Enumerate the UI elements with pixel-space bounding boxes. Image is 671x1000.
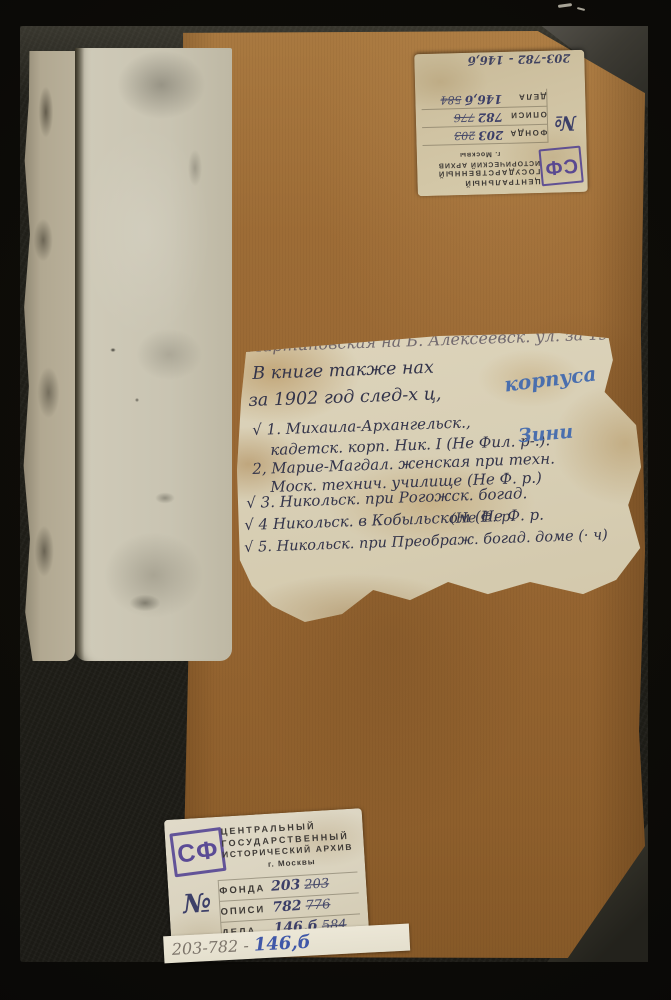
call-number-prefix: 203-782 - (509, 51, 571, 67)
fond-value: 203 (271, 877, 301, 895)
delo-value: 146,б (464, 92, 502, 107)
fond-label: ФОНДА (219, 883, 272, 897)
archive-name: ЦЕНТРАЛЬНЫЙ ГОСУДАРСТВЕННЫЙ ИСТОРИЧЕСКИЙ… (220, 818, 361, 872)
spine-paper-strip (22, 48, 232, 664)
spine-strip-smudges (75, 48, 232, 661)
fond-label: ФОНДА (503, 128, 547, 138)
opis-row: ОПИСИ 782 776 (422, 107, 547, 128)
fond-value: 203 (478, 128, 503, 143)
book-cover: Мартиновская на Б. Алексеевск. ул. за 19… (20, 26, 648, 962)
note-line: В книге также нах (252, 358, 434, 384)
handwritten-call-number: 203-782 - 146,б (467, 50, 570, 72)
fond-row: ФОНДА 203 203 (422, 125, 547, 146)
delo-row: ДЕЛА 146,б 584 (421, 89, 546, 110)
opis-value: 782 (272, 898, 302, 916)
paper-fiber-speck (577, 7, 585, 11)
delo-label: ДЕЛА (502, 92, 546, 102)
delo-crossed-value: 584 (440, 93, 461, 107)
opis-crossed-value: 776 (454, 111, 475, 125)
fond-crossed-value: 203 (304, 876, 330, 892)
number-sign: № (547, 88, 576, 143)
handwritten-note-label: Мартиновская на Б. Алексеевск. ул. за 19… (232, 331, 646, 627)
blue-correction-korpusa: корпуса (503, 361, 598, 396)
opis-label: ОПИСИ (220, 904, 273, 918)
opis-value: 782 (478, 110, 503, 125)
sf-stamp: СФ (169, 827, 226, 877)
paper-fiber-speck (558, 3, 572, 8)
sf-stamp: СФ (538, 146, 583, 187)
archive-label-bottom: СФ ЦЕНТРАЛЬНЫЙ ГОСУДАРСТВЕННЫЙ ИСТОРИЧЕС… (164, 808, 370, 960)
opis-crossed-value: 776 (305, 897, 331, 913)
fond-opis-delo-table: № ФОНДА 203 203 ОПИСИ 782 776 ДЕЛА 146,б (421, 88, 576, 146)
opis-label: ОПИСИ (503, 110, 547, 120)
call-number-suffix: 146,б (467, 53, 504, 68)
book-cover-photo: Мартиновская на Б. Алексеевск. ул. за 19… (0, 0, 671, 1000)
blue-correction-item1: Зини (517, 421, 574, 448)
archive-label-top: СФ ЦЕНТРАЛЬНЫЙ ГОСУДАРСТВЕННЫЙ ИСТОРИЧЕС… (414, 50, 588, 196)
call-number-prefix: 203-782 - (171, 936, 249, 959)
spine-strip-left-band (22, 51, 75, 661)
archive-name: ЦЕНТРАЛЬНЫЙ ГОСУДАРСТВЕННЫЙ ИСТОРИЧЕСКИЙ… (420, 148, 541, 189)
note-line: за 1902 год след-х ц, (248, 384, 442, 411)
fond-crossed-value: 203 (454, 129, 475, 143)
call-number-suffix: 146,б (253, 932, 311, 956)
